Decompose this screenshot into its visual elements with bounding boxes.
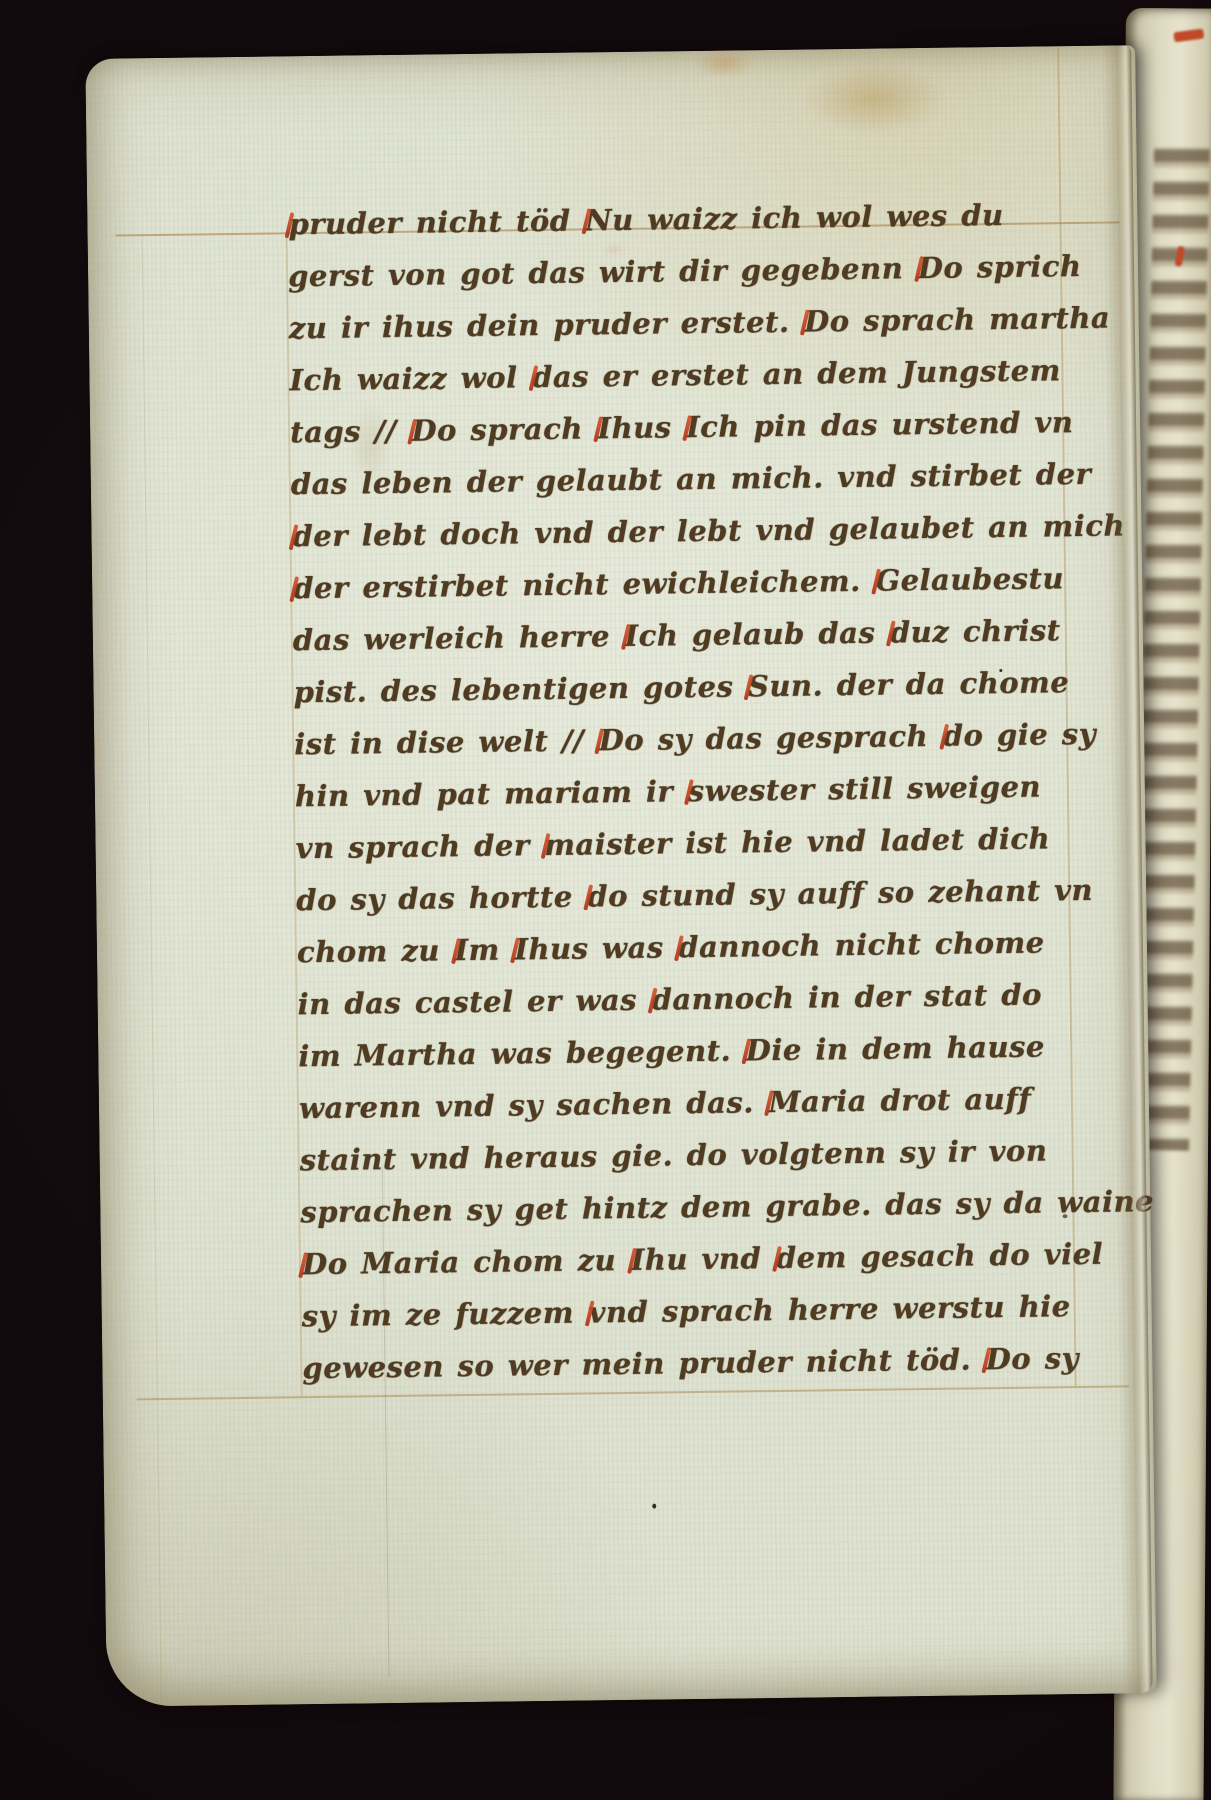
ink-text: sprachen sy get hintz dem grabe. das sy …	[300, 1184, 1154, 1229]
ink-text: gesach do viel	[847, 1237, 1104, 1274]
rubricated-text: Ich	[623, 618, 678, 653]
manuscript-page: pruder nicht töd Nu waizz ich wol wes du…	[85, 45, 1156, 1707]
rubricated-text: Do	[597, 723, 644, 758]
ink-text: Ich waizz wol	[289, 360, 531, 397]
rubricated-text: das	[531, 359, 589, 394]
ink-text: drot auff	[867, 1082, 1032, 1118]
ink-text: pist. des lebentigen gotes	[293, 669, 747, 709]
ink-text: in der stat do	[794, 978, 1042, 1015]
ink-text: was	[588, 930, 677, 965]
rubricated-text: Do	[301, 1247, 348, 1282]
rubricated-text: dem	[775, 1240, 847, 1275]
rubricated-text: Sun	[747, 668, 813, 703]
ink-speck	[999, 669, 1002, 672]
rubricated-text: do	[941, 718, 983, 753]
rubricated-text: Im	[453, 933, 500, 968]
rubricated-text: Ihu	[629, 1242, 688, 1277]
ink-text: gie sy	[983, 717, 1096, 752]
rubricated-text: Die	[744, 1033, 802, 1068]
ink-text: do sy das hortte	[296, 879, 586, 917]
rubricated-text: Ihus	[513, 931, 589, 966]
rubricated-text: do	[586, 879, 628, 914]
ink-text: chom zu	[297, 933, 454, 969]
ink-text: sprach herre werstu hie	[648, 1289, 1071, 1329]
rubricated-text: dannoch	[677, 928, 821, 964]
rubricated-text: der	[291, 519, 348, 554]
rubricated-text: swester	[687, 772, 815, 808]
ink-text: das leben der gelaubt an mich. vnd stirb…	[291, 457, 1092, 501]
ink-text: lebt doch vnd der lebt vnd gelaubet an m…	[348, 508, 1125, 552]
ink-text: sprach	[457, 411, 597, 447]
ink-text: nicht chome	[821, 925, 1045, 962]
rubricated-text: duz christ	[889, 613, 1061, 649]
ink-text: ist in dise welt //	[294, 723, 598, 761]
ink-text: zu ir ihus dein pruder erstet.	[289, 305, 804, 346]
ink-text: waizz ich wol wes du	[633, 198, 1003, 237]
ink-text: warenn vnd sy sachen das.	[299, 1085, 768, 1125]
rubricated-text: Ihus	[596, 410, 672, 445]
ink-text: gerst von got das wirt dir gegebenn	[288, 251, 917, 293]
ink-text: vn sprach der	[295, 828, 543, 865]
ink-text: in das castel er was	[297, 983, 650, 1022]
ink-text: ist hie vnd ladet dich	[671, 821, 1050, 860]
ink-speck	[652, 1504, 656, 1509]
ink-text: hin vnd pat mariam ir	[295, 774, 687, 813]
ink-text: Maria chom zu	[347, 1243, 630, 1281]
ink-text: das werleich herre	[293, 619, 624, 657]
ink-text: in dem hause	[802, 1029, 1045, 1066]
ink-text: vnd	[688, 1241, 775, 1276]
ink-text: nicht töd	[402, 203, 584, 239]
ink-text: tags //	[290, 414, 411, 450]
rubricated-text: maister	[543, 826, 672, 862]
ink-text: gelaub das	[678, 615, 889, 652]
manuscript-line: gewesen so wer mein pruder nicht töd. Do…	[302, 1332, 1053, 1394]
ink-text: sprach martha	[849, 301, 1110, 338]
rubricated-text: Do	[410, 413, 457, 448]
ink-text: sprich	[963, 249, 1082, 285]
rubricated-text: der	[292, 571, 349, 606]
rubricated-text: Ich	[685, 409, 740, 444]
manuscript-photo: pruder nicht töd Nu waizz ich wol wes du…	[0, 0, 1211, 1800]
ink-text: pin das urstend vn	[740, 405, 1074, 443]
rubricated-text: Maria	[767, 1084, 867, 1119]
ink-speck	[1062, 1214, 1067, 1218]
rubricated-text: dannoch	[650, 981, 794, 1017]
ink-text: still sweigen	[814, 769, 1041, 806]
ink-text: sy im ze fuzzem	[302, 1295, 588, 1333]
ink-text: sy das gesprach	[644, 719, 942, 757]
ink-text: im Martha was begegent.	[298, 1033, 745, 1073]
fore-edge-rubric-mark	[1173, 28, 1204, 42]
rubricated-text: vnd	[587, 1295, 648, 1330]
ink-text: er erstet an dem Jungstem	[589, 353, 1061, 393]
ink-text: stund sy auff so zehant vn	[628, 873, 1094, 913]
text-block: pruder nicht töd Nu waizz ich wol wes du…	[287, 188, 1053, 1394]
rubricated-text: Do sy	[984, 1341, 1079, 1376]
rubricated-text: Do	[803, 304, 850, 339]
rubricated-text: Nu	[584, 203, 634, 238]
rubricated-text: Do	[917, 250, 964, 285]
ink-text: . der da chome	[812, 665, 1069, 702]
ink-text: gewesen so wer mein pruder nicht töd.	[302, 1342, 985, 1385]
rubricated-text: Gelaubestu	[874, 561, 1064, 597]
ink-text: staint vnd heraus gie. do volgtenn sy ir…	[299, 1133, 1047, 1177]
rubricated-text: pruder	[287, 206, 402, 241]
ink-text: erstirbet nicht ewichleichem.	[348, 564, 874, 605]
